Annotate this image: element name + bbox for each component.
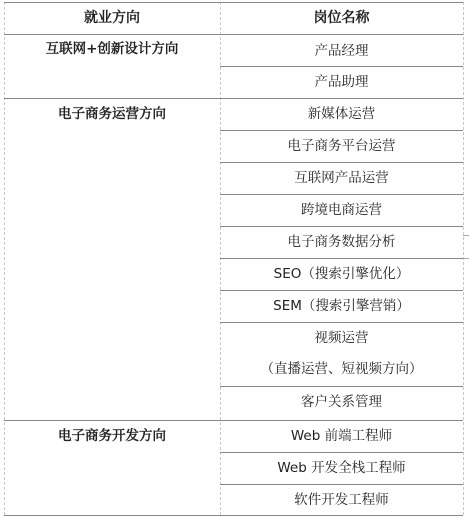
- position-cell: 电子商务数据分析: [220, 227, 463, 258]
- divider: [4, 34, 463, 35]
- position-cell: Web 开发全栈工程师: [220, 453, 463, 484]
- edge-stub: [463, 258, 469, 259]
- position-cell: 视频运营: [220, 323, 463, 354]
- header-direction: 就业方向: [4, 3, 220, 34]
- position-cell: 客户关系管理: [220, 387, 463, 418]
- direction-cell: 互联网+创新设计方向: [4, 34, 220, 65]
- direction-cell: 电子商务运营方向: [4, 99, 220, 130]
- position-cell: 产品助理: [220, 67, 463, 98]
- header-position: 岗位名称: [220, 3, 463, 34]
- position-cell: 软件开发工程师: [220, 485, 463, 516]
- position-cell: SEM（搜索引擎营销）: [220, 291, 463, 322]
- position-cell: 新媒体运营: [220, 99, 463, 130]
- table-bottom-border: [4, 515, 463, 516]
- edge-stub: [463, 235, 469, 236]
- position-cell: Web 前端工程师: [220, 421, 463, 452]
- direction-cell: 电子商务开发方向: [4, 421, 220, 452]
- position-cell: 电子商务平台运营: [220, 131, 463, 162]
- position-cell: 互联网产品运营: [220, 163, 463, 194]
- position-cell: 产品经理: [220, 36, 463, 67]
- position-cell: 跨境电商运营: [220, 195, 463, 226]
- table-header-row: 就业方向 岗位名称: [4, 2, 463, 35]
- position-cell: SEO（搜索引擎优化）: [220, 259, 463, 290]
- position-cell: （直播运营、短视频方向）: [220, 354, 463, 385]
